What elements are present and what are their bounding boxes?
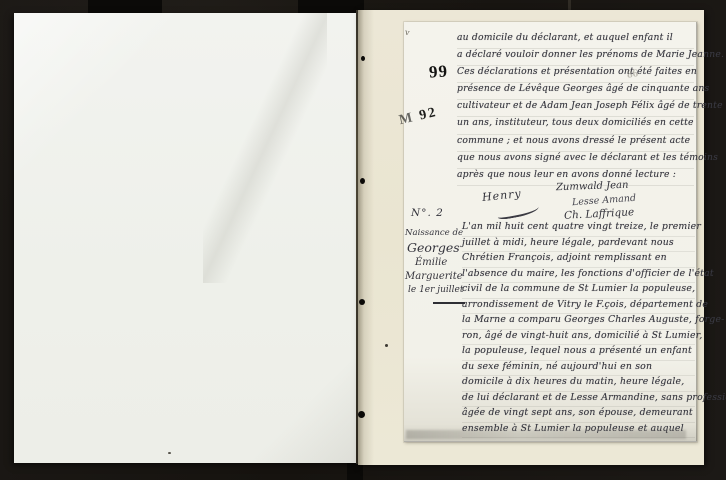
manuscript-line: ron, âgé de vingt-huit ans, domicilié à …	[462, 330, 695, 346]
manuscript-line: a déclaré vouloir donner les prénoms de …	[457, 49, 694, 66]
book-board-shadow	[298, 0, 364, 14]
paper-crease	[203, 13, 327, 283]
binding-hole	[358, 411, 365, 418]
manuscript-line: un ans, instituteur, tous deux domicilié…	[457, 117, 694, 134]
manuscript-line: cultivateur et de Adam Jean Joseph Félix…	[457, 100, 694, 117]
manuscript-line: la populeuse, lequel nous a présenté un …	[462, 345, 695, 361]
blank-left-page	[14, 13, 358, 463]
scan-bottom-smudge	[406, 430, 686, 439]
manuscript-line: âgée de vingt sept ans, son épouse, deme…	[462, 407, 695, 423]
margin-line: Marguerite	[405, 271, 463, 282]
margin-line: Naissance de	[405, 228, 463, 238]
ink-speck	[385, 344, 388, 347]
manuscript-line: de lui déclarant et de Lesse Armandine, …	[462, 392, 695, 408]
margin-line: le 1er juillet	[408, 285, 463, 295]
manuscript-line: Chrétien François, adjoint remplissant e…	[462, 252, 695, 268]
act-number: N°. 2	[411, 207, 463, 219]
manuscript-line: L'an mil huit cent quatre vingt treize, …	[462, 221, 695, 237]
manuscript-line: présence de Lévêque Georges âgé de cinqu…	[457, 83, 694, 100]
manuscript-line: domicile à dix heures du matin, heure lé…	[462, 376, 695, 392]
dust-speck	[168, 452, 171, 454]
margin-line: Georges	[407, 240, 463, 255]
manuscript-line: arrondissement de Vitry le F.çois, dépar…	[462, 299, 695, 315]
previous-act-text: au domicile du déclarant, et auquel enfa…	[457, 32, 694, 186]
manuscript-line: civil de la commune de St Lumier la popu…	[462, 283, 695, 299]
margin-annotation: N°. 2 Naissance de Georges Émilie Margue…	[405, 207, 463, 304]
margin-line: Émilie	[415, 257, 463, 268]
birth-act-text: L'an mil huit cent quatre vingt treize, …	[462, 221, 695, 438]
manuscript-line: commune ; et nous avons dressé le présen…	[457, 135, 694, 152]
binding-hole	[361, 56, 365, 61]
book-board-shadow	[88, 0, 162, 13]
binding-hole	[360, 178, 365, 184]
folio-number-stamp: 99	[428, 61, 448, 82]
manuscript-line: du sexe féminin, né aujourd'hui en son	[462, 361, 695, 377]
manuscript-line: que nous avons signé avec le déclarant e…	[457, 152, 694, 169]
manuscript-line: au domicile du déclarant, et auquel enfa…	[457, 32, 694, 49]
manuscript-line: l'absence du maire, les fonctions d'offi…	[462, 268, 695, 284]
archive-scan-background: v au domicile du déclarant, et auquel en…	[0, 0, 726, 480]
manuscript-line: juillet à midi, heure légale, pardevant …	[462, 237, 695, 253]
faint-stamp: 86	[626, 67, 639, 81]
manuscript-line: Ces déclarations et présentation ont été…	[457, 66, 694, 83]
manuscript-line: la Marne a comparu Georges Charles Augus…	[462, 314, 695, 330]
binding-hole	[359, 299, 365, 305]
corner-mark: v	[404, 28, 410, 38]
margin-divider	[433, 302, 465, 304]
